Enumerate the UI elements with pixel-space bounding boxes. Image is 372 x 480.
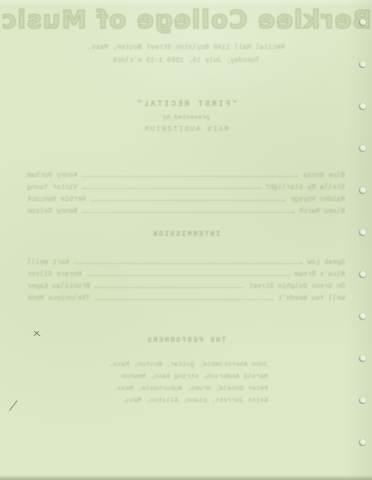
piece-title: Speak Low bbox=[307, 257, 345, 269]
piece-title: Stella By Starlight bbox=[265, 182, 345, 194]
program-row: Maiden Voyage Herbie Hancock bbox=[27, 194, 345, 206]
performer-line: Peter Donald, drums, Auburndale, Mass. bbox=[96, 383, 268, 395]
piece-composer: Kurt Weill bbox=[27, 257, 69, 269]
dotted-leader bbox=[95, 287, 243, 288]
program-section-2: Speak Low Kurt Weill Nica's Dream Horace… bbox=[27, 257, 345, 305]
dotted-leader bbox=[95, 299, 273, 300]
pencil-mark-check bbox=[32, 329, 41, 338]
dotted-leader bbox=[82, 176, 298, 177]
scanned-program-page: Berklee College of Music Recital Hall 11… bbox=[0, 0, 372, 480]
venue-line: Recital Hall 1140 Boylston Street Boston… bbox=[0, 42, 372, 55]
program-row: Stella By Starlight Victor Young bbox=[27, 182, 345, 194]
program-row: On Green Dolphin Street Bronislau Kaper bbox=[27, 281, 345, 293]
program-row: Blue Bossa Kenny Dorham bbox=[27, 170, 345, 182]
venue-date-block: Recital Hall 1140 Boylston Street Boston… bbox=[0, 42, 372, 68]
piece-title: Blue Bossa bbox=[303, 170, 345, 182]
performers-list: John Abercrombie, guitar, Boston, Mass. … bbox=[96, 359, 268, 407]
intermission-heading: INTERMISSION bbox=[0, 231, 372, 239]
dotted-leader bbox=[87, 275, 290, 276]
program-row: Nica's Dream Horace Silver bbox=[27, 269, 345, 281]
piece-composer: Horace Silver bbox=[27, 269, 82, 281]
piece-title: On Green Dolphin Street bbox=[248, 281, 345, 293]
piece-composer: Bronislau Kaper bbox=[27, 281, 90, 293]
piece-composer: Herbie Hancock bbox=[27, 194, 86, 206]
recital-title-block: “FIRST RECITAL” presented by MAIN AUDITO… bbox=[0, 99, 372, 137]
piece-title: Blues March bbox=[299, 206, 345, 218]
pencil-mark-slash bbox=[5, 399, 17, 413]
bleed-through-layer: Berklee College of Music Recital Hall 11… bbox=[0, 0, 372, 480]
piece-composer: Thelonious Monk bbox=[27, 293, 90, 305]
recital-venue: MAIN AUDITORIUM bbox=[0, 124, 372, 137]
performer-line: Keith Jarrett, piano, Allston, Mass. bbox=[96, 395, 268, 407]
paper-right-edge bbox=[346, 0, 372, 480]
performer-line: John Abercrombie, guitar, Boston, Mass. bbox=[96, 359, 268, 371]
piece-title: Nica's Dream bbox=[295, 269, 345, 281]
dotted-leader bbox=[91, 200, 286, 201]
piece-composer: Victor Young bbox=[27, 182, 77, 194]
dotted-leader bbox=[74, 263, 302, 264]
piece-composer: Kenny Dorham bbox=[27, 170, 77, 182]
performer-line: Harold Anderson, string bass, Newton bbox=[96, 371, 268, 383]
paper-bottom-edge bbox=[0, 475, 372, 480]
dotted-leader bbox=[82, 188, 260, 189]
program-section-1: Blue Bossa Kenny Dorham Stella By Starli… bbox=[27, 170, 345, 218]
program-row: Well You Needn't Thelonious Monk bbox=[27, 293, 345, 305]
program-row: Speak Low Kurt Weill bbox=[27, 257, 345, 269]
dotted-leader bbox=[82, 212, 293, 213]
paper-top-edge bbox=[0, 0, 372, 7]
piece-title: Maiden Voyage bbox=[290, 194, 345, 206]
performers-heading: THE PERFORMERS bbox=[0, 337, 372, 345]
college-logo-bleed: Berklee College of Music bbox=[0, 5, 372, 34]
recital-subtitle: presented by bbox=[0, 112, 372, 125]
piece-title: Well You Needn't bbox=[278, 293, 345, 305]
program-row: Blues March Benny Golson bbox=[27, 206, 345, 218]
date-line: Tuesday, July 15, 1969 1:15 o'clock bbox=[0, 55, 372, 68]
piece-composer: Benny Golson bbox=[27, 206, 77, 218]
recital-title: “FIRST RECITAL” bbox=[0, 99, 372, 112]
